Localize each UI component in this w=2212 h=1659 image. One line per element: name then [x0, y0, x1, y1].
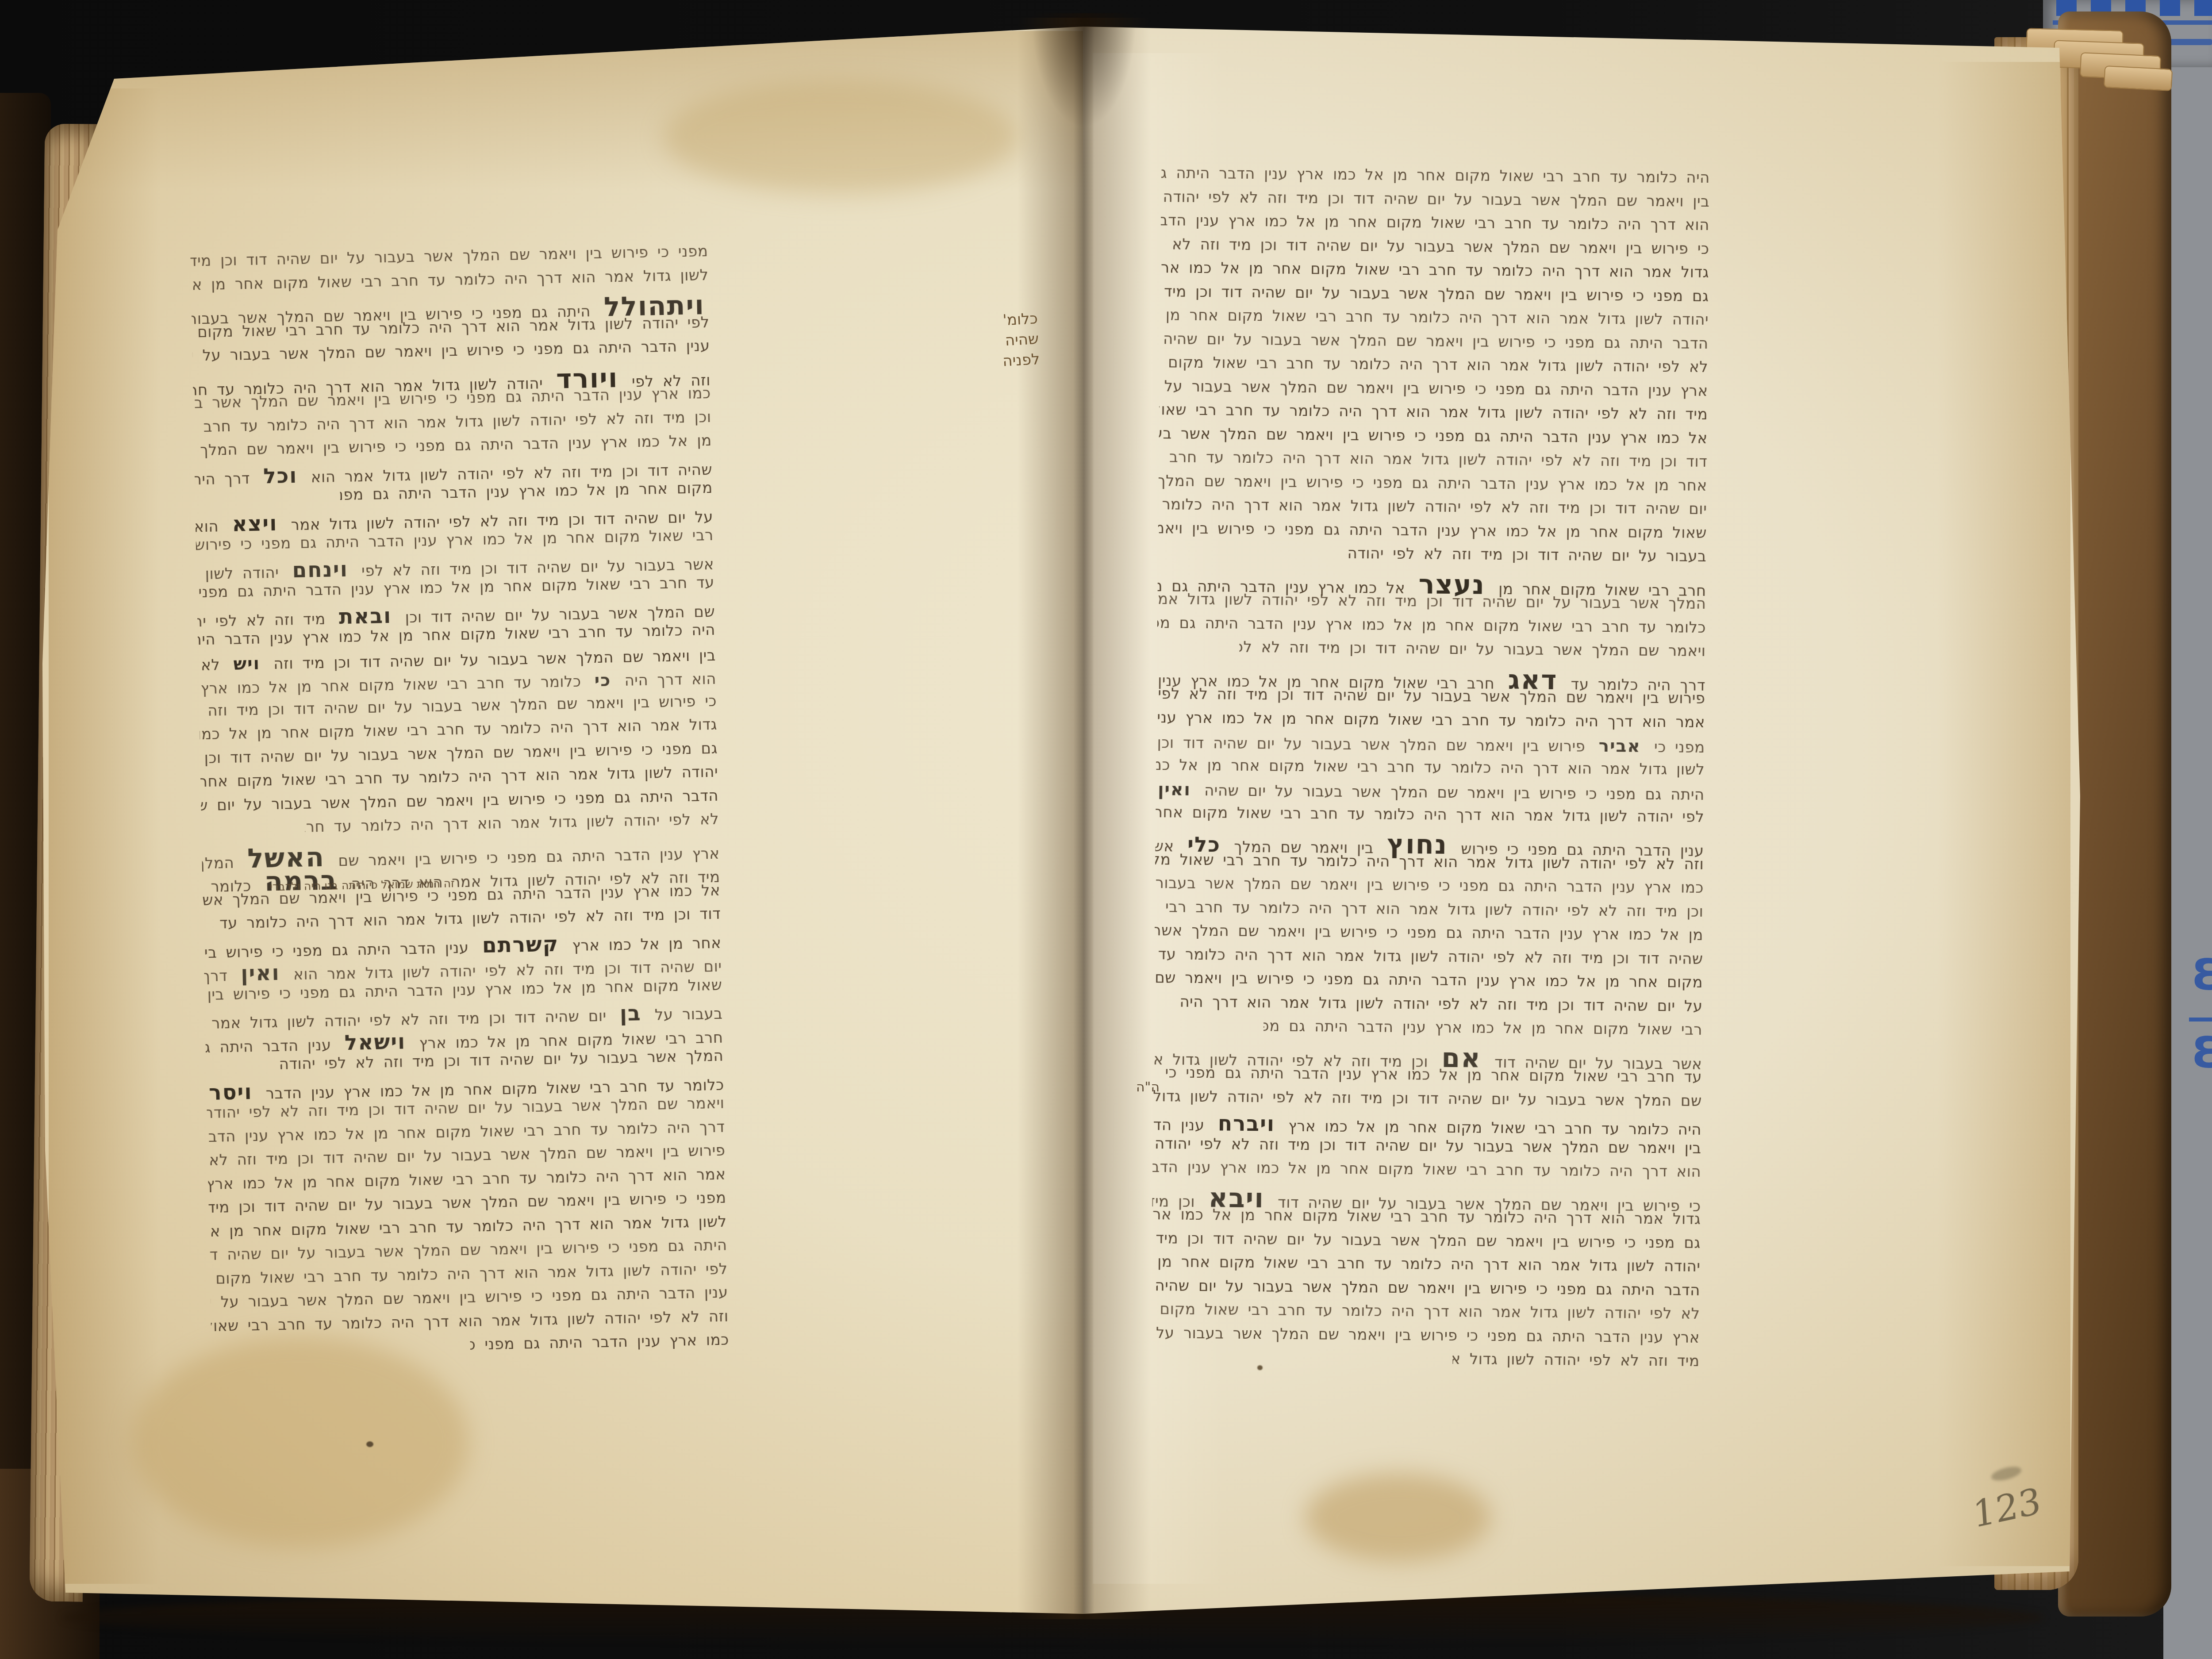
- gutter-marginal-note: כלומ' שהיה לפניה: [988, 308, 1040, 372]
- marginal-note-line: כלומ': [988, 308, 1038, 331]
- page-aging-shade: [1938, 62, 2070, 1566]
- text-column-left: מפני כי פירוש בין ויאמר שם המלך אשר בעבו…: [190, 242, 730, 1382]
- ruler-digit: 3: [2191, 954, 2212, 996]
- lemma-word: ויברח: [1214, 1111, 1280, 1136]
- lemma-word: קשרתם: [477, 932, 563, 958]
- marginal-note-line: שהיה: [990, 329, 1039, 352]
- marginal-note-line: לפניה: [991, 349, 1040, 372]
- lemma-word: וישאל: [340, 1029, 410, 1055]
- lemma-word: ואין: [1156, 780, 1195, 800]
- lemma-word: וינחם: [288, 557, 353, 583]
- lemma-word: בן: [615, 1001, 646, 1026]
- margin-abbreviation-note: ה"ה: [1136, 1079, 1160, 1095]
- ink-speck: [366, 1441, 373, 1447]
- photo-scene: 3 3 מפני כי פירוש בין ויאמר שם המלך אשר …: [0, 0, 2212, 1659]
- parchment-stain: [664, 80, 1018, 195]
- lemma-word: כי: [590, 670, 615, 691]
- gutter-top-shadow: [1031, 13, 1137, 128]
- page-aging-shade: [49, 88, 159, 1584]
- text-column-right: היה כלומר עד חרב רבי שאול מקום אחר מן אל…: [1151, 164, 1710, 1394]
- lemma-word: ויצא: [227, 511, 282, 537]
- ruler-digit: 3: [2191, 1032, 2212, 1074]
- text-line: כמו ארץ ענין הדבר היתה גם מפני כי פירוש …: [470, 1331, 729, 1365]
- page-corner-step: [2104, 65, 2173, 91]
- lemma-word: אביר: [1594, 736, 1646, 757]
- ruler-tick: [2189, 1018, 2212, 1022]
- lemma-word: ויסר: [206, 1080, 257, 1105]
- text-line: מיד וזה לא לפי יהודה לשון גדול אמר הוא ד…: [1452, 1350, 1700, 1382]
- lemma-word: ובאת: [334, 604, 396, 630]
- lemma-word: ואין: [236, 961, 284, 986]
- lemma-word: וכל: [259, 464, 302, 489]
- parchment-stain: [1305, 1473, 1491, 1562]
- lemma-word: ויש: [229, 653, 265, 674]
- gutter-shadow: [1018, 18, 1150, 1619]
- side-ruler: 3 3: [2184, 951, 2212, 1102]
